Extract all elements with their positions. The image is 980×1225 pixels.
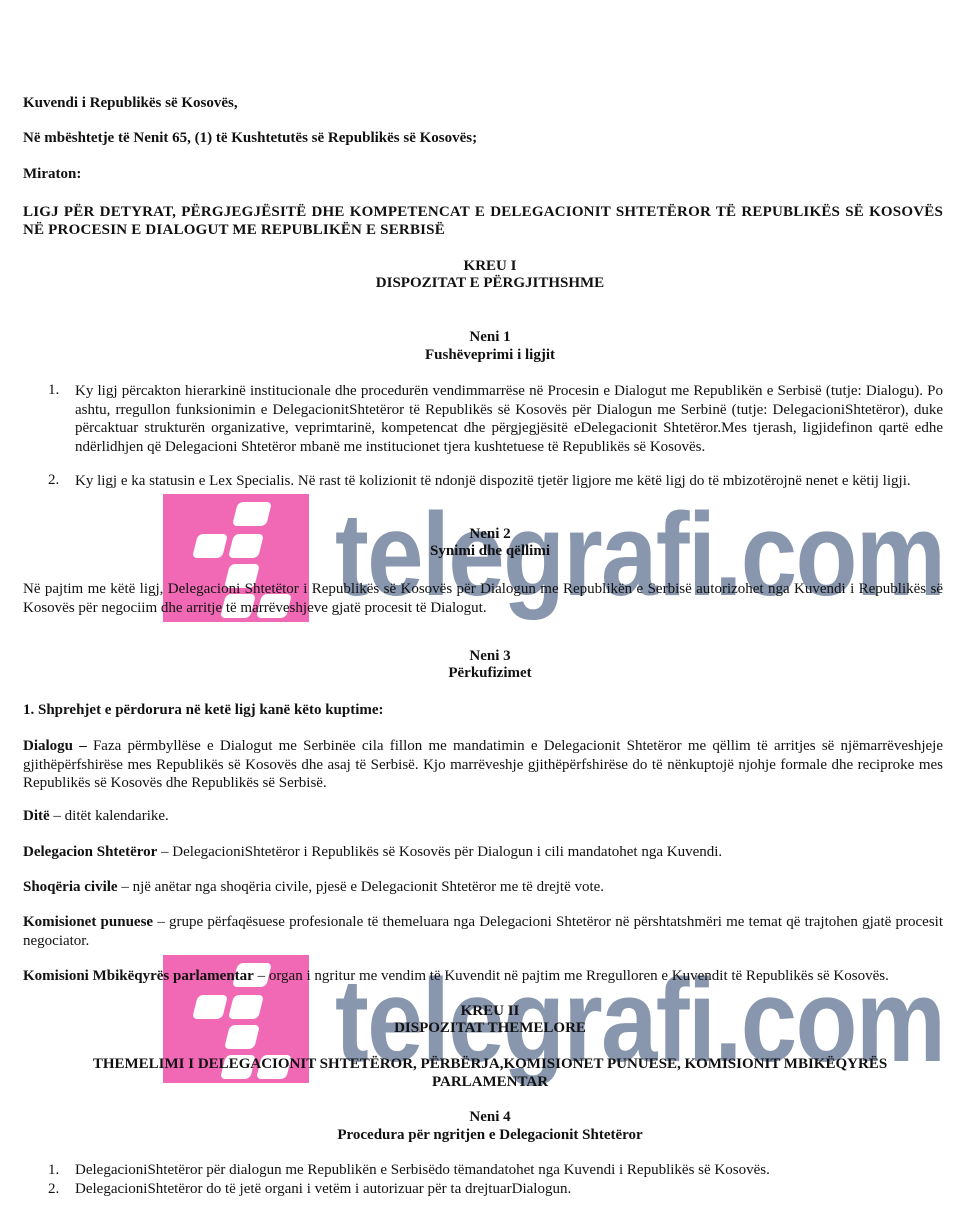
definition-term: Ditë bbox=[23, 808, 50, 824]
article1-title: Fushëveprimi i ligjit bbox=[0, 347, 980, 364]
definition-text: – grupe përfaqësuese profesionale të the… bbox=[23, 914, 943, 949]
article2-title: Synimi dhe qëllimi bbox=[0, 543, 980, 560]
article1-label: Neni 1 bbox=[0, 329, 980, 346]
document-page: telegrafi.com telegrafi.com Kuvendi i Re… bbox=[0, 0, 980, 1225]
article2-label: Neni 2 bbox=[0, 526, 980, 543]
legal-basis-line: Në mbështetje të Nenit 65, (1) të Kushte… bbox=[23, 130, 477, 147]
definition-dite: Ditë – ditët kalendarike. bbox=[23, 807, 943, 826]
definition-dialogu: Dialogu – Faza përmbyllëse e Dialogut me… bbox=[23, 737, 943, 793]
chapter1-title: DISPOZITAT E PËRGJITHSHME bbox=[0, 275, 980, 292]
definition-term: Delegacion Shtetëror bbox=[23, 844, 157, 860]
definition-text: – një anëtar nga shoqëria civile, pjesë … bbox=[118, 879, 604, 895]
definition-text: – organ i ngritur me vendim të Kuvendit … bbox=[254, 968, 889, 984]
article4-item1-text: DelegacioniShtetëror për dialogun me Rep… bbox=[75, 1162, 770, 1179]
article1-item2-text: Ky ligj e ka statusin e Lex Specialis. N… bbox=[75, 472, 943, 491]
definition-shoqeria-civile: Shoqëria civile – një anëtar nga shoqëri… bbox=[23, 878, 943, 897]
chapter2-label: KREU II bbox=[0, 1003, 980, 1020]
definition-text: – ditët kalendarike. bbox=[50, 808, 169, 824]
article3-intro: 1. Shprehjet e përdorura në ketë ligj ka… bbox=[23, 702, 384, 719]
law-title: LIGJ PËR DETYRAT, PËRGJEGJËSITË DHE KOMP… bbox=[23, 203, 943, 239]
chapter2-subtitle: THEMELIMI I DELEGACIONIT SHTETËROR, PËRB… bbox=[60, 1055, 920, 1091]
article4-title: Procedura për ngritjen e Delegacionit Sh… bbox=[0, 1127, 980, 1144]
article1-item1-text: Ky ligj përcakton hierarkinë institucion… bbox=[75, 382, 943, 456]
chapter1-label: KREU I bbox=[0, 258, 980, 275]
definition-term: Komisioni Mbikëqyrës parlamentar bbox=[23, 968, 254, 984]
article1-item2-number: 2. bbox=[48, 472, 59, 489]
definition-delegacion-shteteror: Delegacion Shtetëror – DelegacioniShtetë… bbox=[23, 843, 943, 862]
definition-text: Faza përmbyllëse e Dialogut me Serbinëe … bbox=[23, 738, 943, 791]
article2-text: Në pajtim me këtë ligj, Delegacioni Shte… bbox=[23, 580, 943, 617]
article4-item2-number: 2. bbox=[48, 1181, 59, 1198]
issuer-line: Kuvendi i Republikës së Kosovës, bbox=[23, 95, 238, 112]
article4-item1-number: 1. bbox=[48, 1162, 59, 1179]
article1-item1-number: 1. bbox=[48, 382, 59, 399]
definition-term: Komisionet punuese bbox=[23, 914, 153, 930]
article4-label: Neni 4 bbox=[0, 1109, 980, 1126]
adopts-line: Miraton: bbox=[23, 166, 81, 183]
article3-label: Neni 3 bbox=[0, 648, 980, 665]
definition-komisionet-punuese: Komisionet punuese – grupe përfaqësuese … bbox=[23, 913, 943, 950]
definition-komisioni-mbikeqyres: Komisioni Mbikëqyrës parlamentar – organ… bbox=[23, 967, 963, 986]
definition-term: Dialogu – bbox=[23, 738, 87, 754]
definition-text: – DelegacioniShtetëror i Republikës së K… bbox=[157, 844, 722, 860]
article3-title: Përkufizimet bbox=[0, 665, 980, 682]
article4-item2-text: DelegacioniShtetëror do të jetë organi i… bbox=[75, 1181, 571, 1198]
definition-term: Shoqëria civile bbox=[23, 879, 118, 895]
chapter2-title: DISPOZITAT THEMELORE bbox=[0, 1020, 980, 1037]
